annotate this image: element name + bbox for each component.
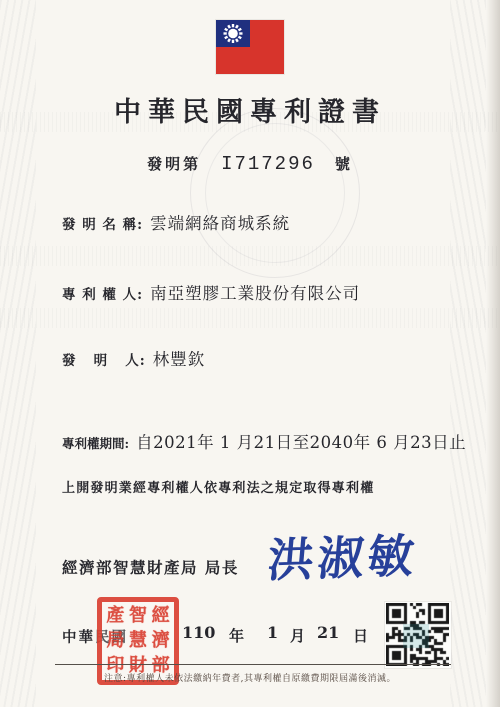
- director-signature: 洪淑敏: [265, 519, 421, 590]
- field-row-patentee: 專 利 權 人: 南亞塑膠工業股份有限公司: [62, 280, 360, 304]
- circular-watermark: [190, 108, 360, 278]
- security-band: [0, 246, 500, 266]
- security-band: [0, 308, 500, 328]
- date-day: 21: [317, 623, 339, 642]
- field-row-inventor: 發 明 人: 林豐欽: [62, 346, 205, 370]
- certificate-title: 中華民國專利證書: [0, 90, 500, 129]
- qr-code-block: [385, 602, 451, 668]
- field-row-patent-term: 專利權期間: 自2021年 1 月21日至2040年 6 月23日止: [62, 429, 466, 453]
- certificate-number-line: 發明第I717296號: [0, 153, 500, 175]
- field-value: 林豐欽: [153, 346, 206, 370]
- seal-char: 局: [104, 629, 127, 654]
- field-label: 發 明 名 稱:: [62, 213, 143, 233]
- cert-number-suffix: 號: [335, 155, 353, 173]
- patent-certificate-page: 中華民國專利證書 發明第I717296號 發 明 名 稱: 雲端網絡商城系統 專…: [0, 0, 500, 707]
- date-month-unit: 月: [290, 625, 305, 646]
- seal-char: 濟: [149, 629, 172, 654]
- field-row-invention-name: 發 明 名 稱: 雲端網絡商城系統: [62, 210, 290, 234]
- qr-code: [386, 603, 449, 666]
- footnote-text: 注意:專利權人未依法繳納年費者,其專利權自原繳費期限屆滿後消滅。: [0, 671, 500, 684]
- date-year-unit: 年: [229, 625, 244, 646]
- date-day-unit: 日: [353, 625, 368, 646]
- grant-statement: 上開發明業經專利權人依專利法之規定取得專利權: [62, 477, 374, 496]
- field-value: 南亞塑膠工業股份有限公司: [150, 280, 360, 304]
- field-label: 專利權期間:: [62, 434, 129, 452]
- field-value: 自2021年 1 月21日至2040年 6 月23日止: [136, 429, 466, 453]
- date-year: 110: [182, 623, 215, 642]
- footer-divider: [55, 664, 451, 665]
- taiwan-flag-icon: [216, 20, 284, 74]
- seal-char: 產: [104, 604, 127, 629]
- seal-char: 慧: [127, 629, 150, 654]
- field-label: 專 利 權 人:: [62, 283, 143, 303]
- field-label: 發 明 人:: [62, 349, 146, 369]
- issuer-title: 經濟部智慧財產局 局長: [62, 556, 239, 578]
- seal-char: 經: [149, 604, 172, 629]
- date-month: 1: [267, 623, 278, 642]
- cert-number-prefix: 發明第: [147, 155, 201, 173]
- seal-char: 智: [127, 604, 150, 629]
- field-value: 雲端網絡商城系統: [150, 210, 290, 234]
- cert-number: I717296: [221, 153, 315, 175]
